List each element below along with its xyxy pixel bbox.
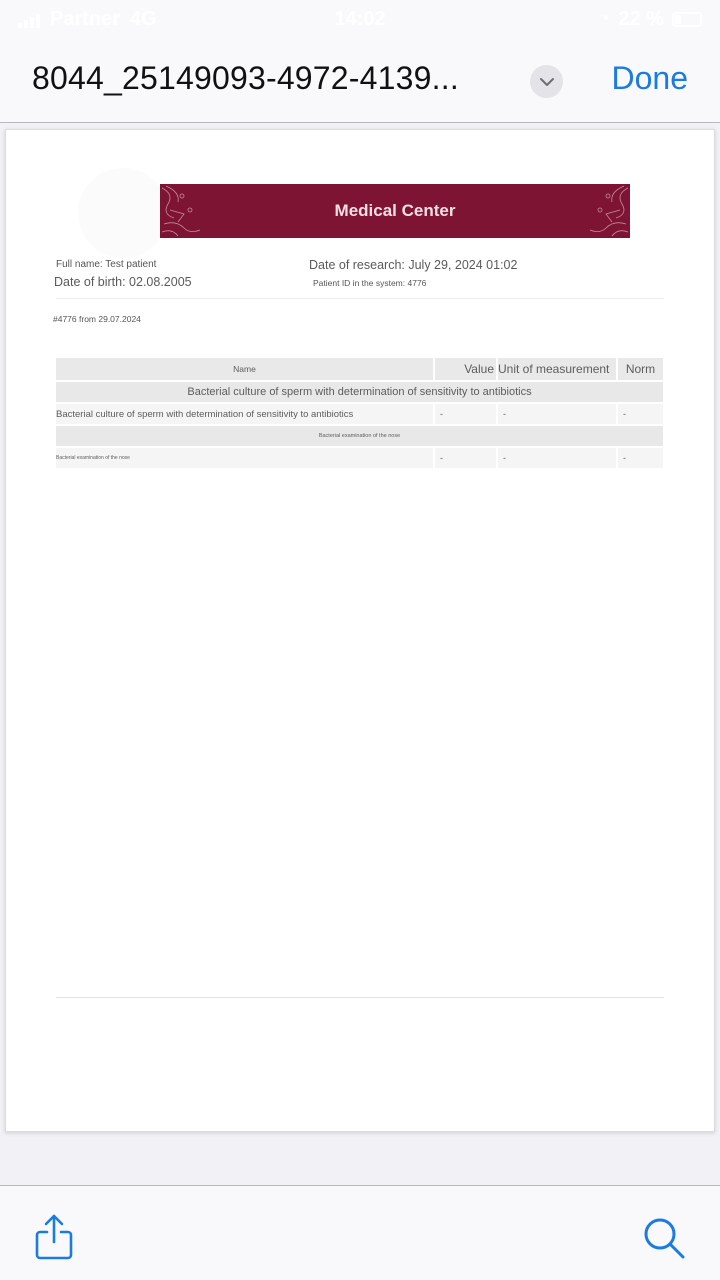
row-name: Bacterial culture of sperm with determin… bbox=[56, 403, 434, 425]
order-reference: #4776 from 29.07.2024 bbox=[53, 314, 141, 324]
banner-title: Medical Center bbox=[335, 201, 456, 221]
row-unit: - bbox=[497, 403, 617, 425]
header-divider bbox=[56, 298, 664, 299]
row-unit: - bbox=[497, 447, 617, 469]
title-menu-button[interactable] bbox=[530, 65, 563, 98]
group-title: Bacterial examination of the nose bbox=[56, 425, 664, 447]
column-header-norm: Norm bbox=[617, 358, 664, 381]
results-table: Name Value Unit of measurement Norm Bact… bbox=[56, 358, 665, 470]
bottom-toolbar bbox=[0, 1185, 720, 1280]
table-group-row: Bacterial culture of sperm with determin… bbox=[56, 381, 664, 403]
patient-id: Patient ID in the system: 4776 bbox=[313, 278, 426, 288]
logo-watermark bbox=[78, 168, 168, 258]
status-bar: Partner 4G 14:02 ◔ 22 % bbox=[0, 0, 720, 40]
column-header-value: Value bbox=[434, 358, 497, 381]
table-group-row: Bacterial examination of the nose bbox=[56, 425, 664, 447]
table-row: Bacterial culture of sperm with determin… bbox=[56, 403, 664, 425]
patient-full-name: Full name: Test patient bbox=[56, 259, 156, 270]
battery-percent: 22 % bbox=[618, 8, 664, 31]
ornament-icon bbox=[160, 184, 204, 238]
table-row: Bacterial examination of the nose - - - bbox=[56, 447, 664, 469]
header-banner: Medical Center bbox=[160, 184, 630, 238]
search-button[interactable] bbox=[642, 1216, 688, 1262]
column-header-name: Name bbox=[56, 358, 434, 381]
column-header-unit: Unit of measurement bbox=[497, 358, 617, 381]
done-button[interactable]: Done bbox=[612, 60, 689, 97]
table-header-row: Name Value Unit of measurement Norm bbox=[56, 358, 664, 381]
row-value: - bbox=[434, 403, 497, 425]
chevron-down-icon bbox=[539, 77, 555, 87]
date-of-research: Date of research: July 29, 2024 01:02 bbox=[309, 258, 517, 272]
document-page[interactable]: Medical Center Full name: Test patient D… bbox=[5, 129, 715, 1132]
group-title: Bacterial culture of sperm with determin… bbox=[56, 381, 664, 403]
ornament-icon bbox=[586, 184, 630, 238]
row-norm: - bbox=[617, 447, 664, 469]
navigation-bar: 8044_25149093-4972-4139... Done bbox=[0, 40, 720, 123]
document-title: 8044_25149093-4972-4139... bbox=[32, 60, 459, 97]
row-norm: - bbox=[617, 403, 664, 425]
orientation-lock-icon: ◔ bbox=[598, 8, 610, 31]
patient-date-of-birth: Date of birth: 02.08.2005 bbox=[54, 275, 192, 289]
battery-icon bbox=[672, 12, 702, 27]
footer-divider bbox=[56, 997, 664, 998]
row-value: - bbox=[434, 447, 497, 469]
status-bar-right: ◔ 22 % bbox=[598, 8, 702, 31]
share-icon bbox=[34, 1212, 74, 1262]
share-button[interactable] bbox=[34, 1212, 74, 1262]
row-name: Bacterial examination of the nose bbox=[56, 447, 434, 469]
search-icon bbox=[642, 1216, 688, 1262]
